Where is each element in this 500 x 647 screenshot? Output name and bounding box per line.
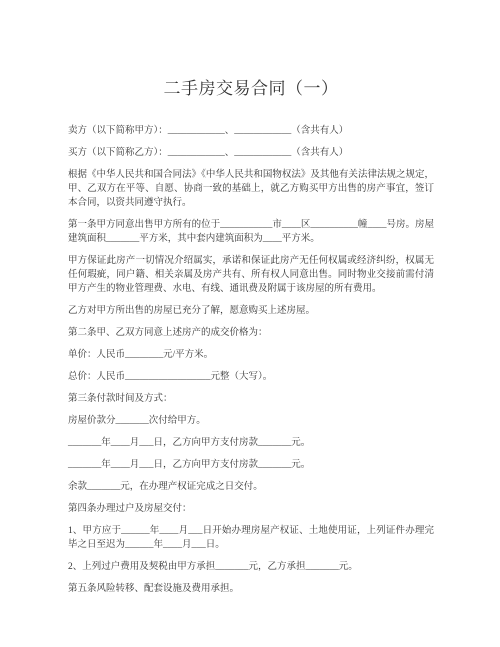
buyer-acknowledgement-line: 乙方对甲方所出售的房屋已充分了解，愿意购买上述房屋。 xyxy=(68,304,434,318)
payment-installments-line: 房屋价款分_______次付给甲方。 xyxy=(68,414,434,428)
clause-4-heading: 第四条办理过户及房屋交付： xyxy=(68,502,434,516)
payment-schedule-line-1: _______年____月___日，乙方向甲方支付房款_______元。 xyxy=(68,436,434,450)
clause-4-item-2: 2、上列过户费用及契税由甲方承担_______元，乙方承担_______元。 xyxy=(68,560,434,574)
clause-4-item-1: 1、甲方应于______年____月___日开始办理房屋产权证、土地使用证，上列… xyxy=(68,524,434,552)
balance-payment-line: 余款_______元，在办理产权证完成之日交付。 xyxy=(68,480,434,494)
total-price-line: 总价：人民币__________________元整（大写）。 xyxy=(68,370,434,384)
clause-1-seller-guarantee: 甲方保证此房产一切情况介绍属实，承诺和保证此房产无任何权属或经济纠纷，权属无任何… xyxy=(68,254,434,296)
unit-price-line: 单价：人民币________元/平方米。 xyxy=(68,348,434,362)
payment-schedule-line-2: _______年____月___日，乙方向甲方支付房款_______元。 xyxy=(68,458,434,472)
legal-basis-paragraph: 根据《中华人民共和国合同法》《中华人民共和国物权法》及其他有关法律法规之规定，甲… xyxy=(68,168,434,210)
clause-5-heading: 第五条风险转移、配套设施及费用承担。 xyxy=(68,582,434,596)
clause-3-heading: 第三条付款时间及方式： xyxy=(68,392,434,406)
contract-document-page: 二手房交易合同（一） 卖方（以下简称甲方）：____________、_____… xyxy=(0,0,500,647)
clause-1-property-description: 第一条甲方同意出售甲方所有的位于___________市____区_______… xyxy=(68,218,434,246)
seller-party-line: 卖方（以下简称甲方）：____________、____________（含共有… xyxy=(68,124,434,138)
document-title: 二手房交易合同（一） xyxy=(68,80,434,98)
clause-2-heading: 第二条甲、乙双方同意上述房产的成交价格为： xyxy=(68,326,434,340)
buyer-party-line: 买方（以下简称乙方）：____________、____________（含共有… xyxy=(68,146,434,160)
